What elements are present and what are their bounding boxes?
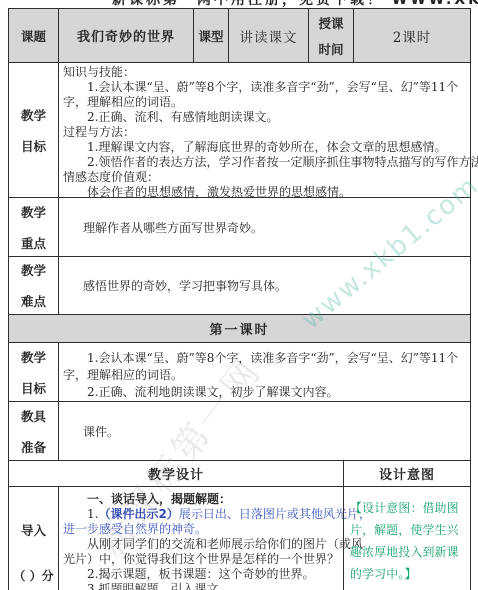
type-label-cell: 课型	[193, 8, 229, 63]
goals-line: 2.正确、流利、有感情地朗读课文。	[63, 110, 466, 125]
difficulties-label-cell: 教学 难点	[8, 256, 59, 315]
topic-label: 课题	[21, 27, 46, 45]
aids-label-cell: 教具 准备	[8, 401, 59, 461]
courseware-ref: （课件出示2）	[98, 507, 178, 521]
aids-text: 课件。	[83, 423, 119, 440]
time-label-line2: 时间	[318, 40, 343, 58]
clipped-top-text: 新课标第一网不用注册，免费下载！ WWW.XKB1.COM	[112, 0, 478, 7]
difficulties-content-cell: 感悟世界的奇妙，学习把事物写具体。	[58, 256, 471, 315]
session-banner-text: 第一课时	[209, 319, 269, 338]
intro-label-cell: 导入 （ ）分	[8, 486, 59, 590]
design-intent-cell: 【设计意图：借助图片，解题，使学生兴趣浓厚地投入到新课的学习中。】	[343, 486, 471, 590]
intro-line: 2.揭示课题，板书课题：这个奇妙的世界。	[63, 567, 339, 582]
intro-minutes: （ ）分	[13, 567, 53, 584]
intro-heading: 一、谈话导入，揭题解题：	[63, 492, 339, 507]
goals-line: 字，理解相应的词语。	[63, 95, 466, 110]
intro-line-courseware: 1.（课件出示2）展示日出、日落图片或其他风光片，	[63, 507, 339, 522]
topic-value-cell: 我们奇妙的世界	[58, 8, 194, 63]
design-intent-text: 【设计意图：借助图片，解题，使学生兴趣浓厚地投入到新课的学习中。】	[350, 501, 459, 581]
design-header-right: 设计意图	[379, 464, 435, 483]
goals-line: 情感态度价值观：	[63, 170, 466, 185]
design-header-right-cell: 设计意图	[343, 460, 471, 487]
lesson-hours: 2课时	[393, 26, 432, 46]
session-goals-line: 1.会认本课“呈、蔚”等8个字，读准多音字“劲”，会写“呈、幻”等11个	[63, 350, 466, 367]
session-banner-cell: 第一课时	[8, 314, 471, 343]
design-header-left-cell: 教学设计	[8, 460, 344, 487]
intro-line: 3.抓题眼解题，引入课文。	[63, 582, 339, 590]
aids-content-cell: 课件。	[58, 401, 471, 461]
time-value-cell: 2课时	[353, 8, 471, 63]
type-label: 课型	[198, 27, 223, 45]
intro-content-cell: 一、谈话导入，揭题解题： 1.（课件出示2）展示日出、日落图片或其他风光片， 进…	[58, 486, 344, 590]
session-goals-line: 2.正确、流利地朗读课文，初步了解课文内容。	[63, 384, 466, 401]
intro-line: 进一步感受自然界的神奇。	[63, 522, 339, 537]
goals-content-cell: 知识与技能： 1.会认本课“呈、蔚”等8个字，读准多音字“劲”，会写“呈、幻”等…	[58, 62, 471, 198]
keypoints-text: 理解作者从哪些方面写世界奇妙。	[83, 219, 263, 236]
goals-line: 1.理解课文内容，了解海底世界的奇妙所在，体会文章的思想感情。	[63, 140, 466, 155]
keypoints-content-cell: 理解作者从哪些方面写世界奇妙。	[58, 197, 471, 257]
time-label-line1: 授课	[318, 14, 343, 32]
topic-label-cell: 课题	[8, 8, 59, 63]
goals-line: 过程与方法：	[63, 125, 466, 140]
goals-label-cell: 教学 目标	[8, 62, 59, 198]
goals-line: 1.会认本课“呈、蔚”等8个字，读准多音字“劲”，会写“呈、幻”等11个	[63, 80, 466, 95]
design-header-left: 教学设计	[148, 464, 204, 483]
keypoints-label-cell: 教学 重点	[8, 197, 59, 257]
intro-line: 光片）中，你觉得我们这个世界是怎样的一个世界？	[63, 552, 339, 567]
goals-line: 2.领悟作者的表达方法，学习作者按一定顺序抓住事物特点描写的写作方法。	[63, 155, 466, 170]
session-goals-line: 字，理解相应的词语。	[63, 367, 466, 384]
session-goals-content-cell: 1.会认本课“呈、蔚”等8个字，读准多音字“劲”，会写“呈、幻”等11个 字，理…	[58, 342, 471, 402]
difficulties-text: 感悟世界的奇妙，学习把事物写具体。	[83, 277, 287, 294]
time-label-cell: 授课 时间	[308, 8, 354, 63]
lesson-type: 讲读课文	[240, 26, 298, 46]
session-goals-label-cell: 教学 目标	[8, 342, 59, 402]
lesson-title: 我们奇妙的世界	[77, 26, 175, 45]
lesson-plan-document: { "page": { "clipped_header": "新课标第一网不用注…	[0, 0, 478, 590]
intro-line: 从刚才同学们的交流和老师展示给你们的图片（或风	[63, 537, 339, 552]
type-value-cell: 讲读课文	[228, 8, 309, 63]
intro-label: 导入	[21, 521, 46, 539]
goals-line: 知识与技能：	[63, 65, 466, 80]
